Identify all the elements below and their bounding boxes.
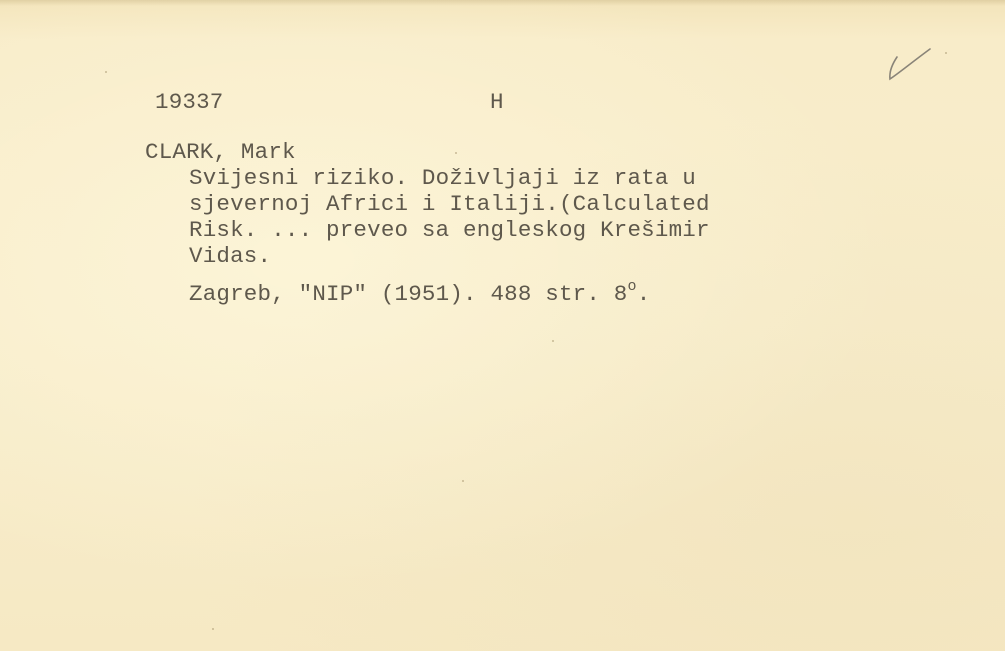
call-number: 19337	[155, 90, 224, 114]
imprint: Zagreb, "NIP" (1951). 488 str. 8o.	[189, 282, 650, 309]
catalog-card: 19337 H CLARK, Mark Svijesni riziko. Dož…	[0, 0, 1005, 651]
checkmark-icon	[885, 45, 935, 85]
location-mark: H	[490, 90, 504, 114]
imprint-end: .	[637, 281, 651, 307]
author-heading: CLARK, Mark	[145, 140, 296, 164]
paper-speck	[212, 628, 214, 630]
paper-speck	[455, 152, 457, 154]
format-superscript: o	[627, 278, 636, 295]
title-line: sjevernoj Africi i Italiji.(Calculated	[189, 192, 710, 216]
paper-speck	[552, 340, 554, 342]
title-line: Svijesni riziko. Doživljaji iz rata u	[189, 166, 696, 190]
paper-speck	[105, 71, 107, 73]
imprint-text: Zagreb, "NIP" (1951). 488 str. 8	[189, 281, 627, 307]
title-line: Risk. ... preveo sa engleskog Krešimir	[189, 218, 710, 242]
paper-speck	[462, 480, 464, 482]
title-line: Vidas.	[189, 244, 271, 268]
paper-speck	[945, 52, 947, 54]
